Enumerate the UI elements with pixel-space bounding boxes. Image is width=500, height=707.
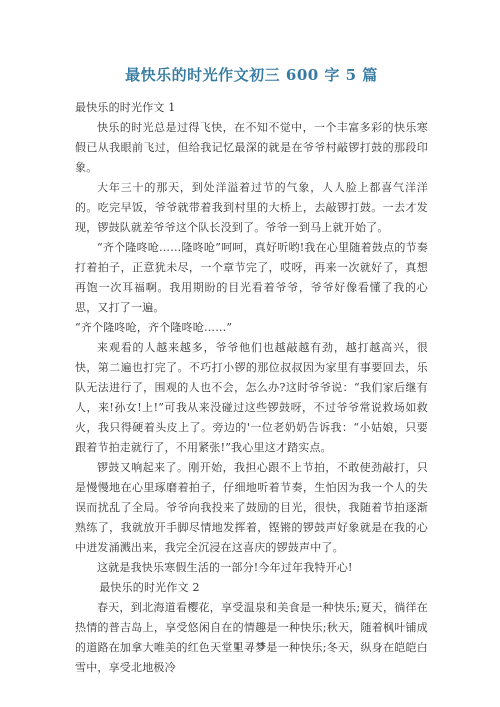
essay-paragraph: 大年三十的那天，到处洋溢着过节的气象，人人脸上都喜气洋洋的。吃完早饭，爷爷就带着… <box>75 178 428 238</box>
essay-section-heading: 最快乐的时光作文 1 <box>75 98 428 118</box>
page-number-indicator: 1 / 5 <box>0 641 500 653</box>
essay-paragraph: 快乐的时光总是过得飞快，在不知不觉中，一个丰富多彩的快乐寒假已从我眼前飞过，但给… <box>75 118 428 178</box>
page-title: 最快乐的时光作文初三 600 字 5 篇 <box>75 64 428 86</box>
essay-paragraph: 这就是我快乐寒假生活的一部分!今年过年我特开心! <box>75 558 428 578</box>
essay-paragraph: 来观看的人越来越多，爷爷他们也越敲越有劲，越打越高兴，很快，第二遍也打完了。不巧… <box>75 338 428 458</box>
essay-paragraph: “齐个隆咚呛……隆咚呛”呵呵，真好听哟!我在心里随着鼓点的节奏打着拍子，正意犹未… <box>75 238 428 318</box>
document-page: 最快乐的时光作文初三 600 字 5 篇 最快乐的时光作文 1快乐的时光总是过得… <box>0 0 500 707</box>
essay-paragraph: 春天，到北海道看樱花，享受温泉和美食是一种快乐;夏天，徜徉在热情的普吉岛上，享受… <box>75 598 428 678</box>
essay-quote-line: “齐个隆咚呛，齐个隆咚呛……” <box>75 318 428 338</box>
essay-body: 最快乐的时光作文 1快乐的时光总是过得飞快，在不知不觉中，一个丰富多彩的快乐寒假… <box>75 98 428 678</box>
essay-paragraph: 锣鼓又响起来了。刚开始，我担心跟不上节拍，不敢使劲敲打，只是慢慢地在心里琢磨着拍… <box>75 458 428 558</box>
essay-section-heading: 最快乐的时光作文 2 <box>75 578 428 598</box>
